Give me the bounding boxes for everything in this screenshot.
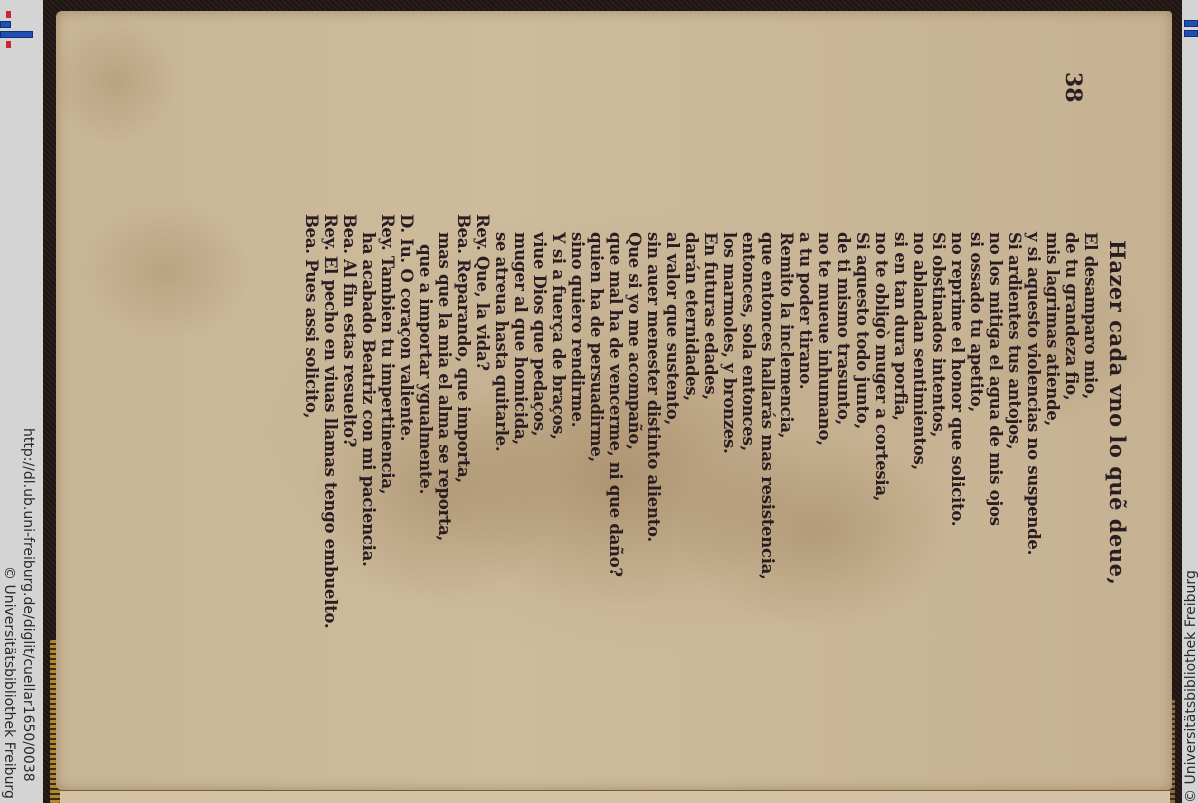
text-line: Si obstinados intentos,: [930, 232, 947, 437]
page-navigation-icon-right[interactable]: [1184, 20, 1198, 44]
text-line: D. Iu. O coraçon valiente.: [398, 214, 415, 441]
text-line: no los mitiga el agua de mis ojos: [987, 232, 1004, 526]
watermark-url[interactable]: http://dl.ub.uni-freiburg.de/diglit/cuel…: [20, 428, 36, 782]
text-line: de ti mismo trasunto,: [835, 232, 852, 425]
right-watermark-strip: © Universitätsbibliothek Freiburg: [1182, 0, 1198, 803]
text-line: quien ha de persuadirme,: [588, 232, 605, 462]
text-line: mis lagrimas atiende,: [1044, 232, 1061, 426]
text-line: no te obligò muger a cortesia,: [873, 232, 890, 501]
text-line: los marmoles, y bronzes.: [721, 232, 738, 453]
nav-icon-bar-top: [1184, 20, 1198, 27]
text-line: no te mueue inhumano,: [816, 232, 833, 446]
nav-icon-bar-long: [0, 31, 33, 38]
text-line: y si aquesto violencias no suspende.: [1025, 232, 1042, 555]
text-line: viue Dios que pedaços,: [531, 232, 548, 436]
text-line: Bea. Reparando, que importa,: [455, 214, 472, 483]
nav-icon-red-mark-bottom: [6, 41, 11, 48]
text-line: darán eternidades,: [683, 232, 700, 401]
text-line: si ossado tu apetito,: [968, 232, 985, 412]
watermark-copyright-right: © Universitätsbibliothek Freiburg: [1183, 570, 1198, 803]
nav-icon-bar-bottom: [1184, 30, 1198, 37]
text-line: no ablandan sentimientos,: [911, 232, 928, 470]
text-line: Si aquesto todo junto,: [854, 232, 871, 429]
text-line: que entonces hallarás mas resistencia,: [759, 232, 776, 580]
page-heading-line: Hazer cada vno lo quẽ deue,: [1107, 240, 1128, 585]
text-line: no reprime el honor que solicito.: [949, 232, 966, 526]
text-line: entonces, sola entonces,: [740, 232, 757, 451]
text-line: se atreua hasta quitarle.: [493, 232, 510, 451]
text-line: muger al que homicida,: [512, 232, 529, 445]
left-watermark-strip: http://dl.ub.uni-freiburg.de/diglit/cuel…: [0, 0, 43, 803]
text-line: Rey. Tambien tu impertinencia,: [379, 214, 396, 494]
text-line: Remito la inclemencia,: [778, 232, 795, 438]
text-line: sin auer menester distinto aliento.: [645, 232, 662, 542]
text-line: Bea. Pues assi solicito,: [303, 214, 320, 418]
text-line: de tu grandeza fio,: [1063, 232, 1080, 400]
text-line: Rey. El pecho en viuas llamas tengo embu…: [322, 214, 339, 628]
page-number: 38: [1060, 72, 1086, 103]
text-line: si en tan dura porfia,: [892, 232, 909, 421]
nav-icon-bar-short: [0, 21, 11, 28]
text-line: que mal ha de vencerme, ni que daño?: [607, 232, 624, 577]
text-line: ha acabado Beatriz con mi paciencia.: [360, 232, 377, 566]
text-line: Rey. Que, la vida?: [474, 214, 491, 371]
text-line: Si ardientes tus antojos,: [1006, 232, 1023, 449]
text-line: El desamparo mio,: [1082, 232, 1099, 399]
text-line: Bea. Al fin estas resuelto?: [341, 214, 358, 447]
nav-icon-red-mark-top: [6, 11, 11, 18]
text-line: Y si a fuerça de braços,: [550, 232, 567, 440]
text-line: mas que la mia el alma se reporta,: [436, 232, 453, 541]
watermark-copyright: © Universitätsbibliothek Freiburg: [1, 566, 17, 799]
text-line: En futuras edades,: [702, 232, 719, 400]
text-line: sino quiero rendirme.: [569, 232, 586, 427]
text-line: que a importar ygualmente.: [417, 244, 434, 494]
text-line: al valor que sustento,: [664, 232, 681, 425]
page-navigation-icon[interactable]: [0, 8, 36, 50]
text-line: a tu poder tirano.: [797, 232, 814, 389]
underlying-page-leaf: [60, 790, 1170, 803]
text-line: Que si yo me acompaño,: [626, 232, 643, 450]
